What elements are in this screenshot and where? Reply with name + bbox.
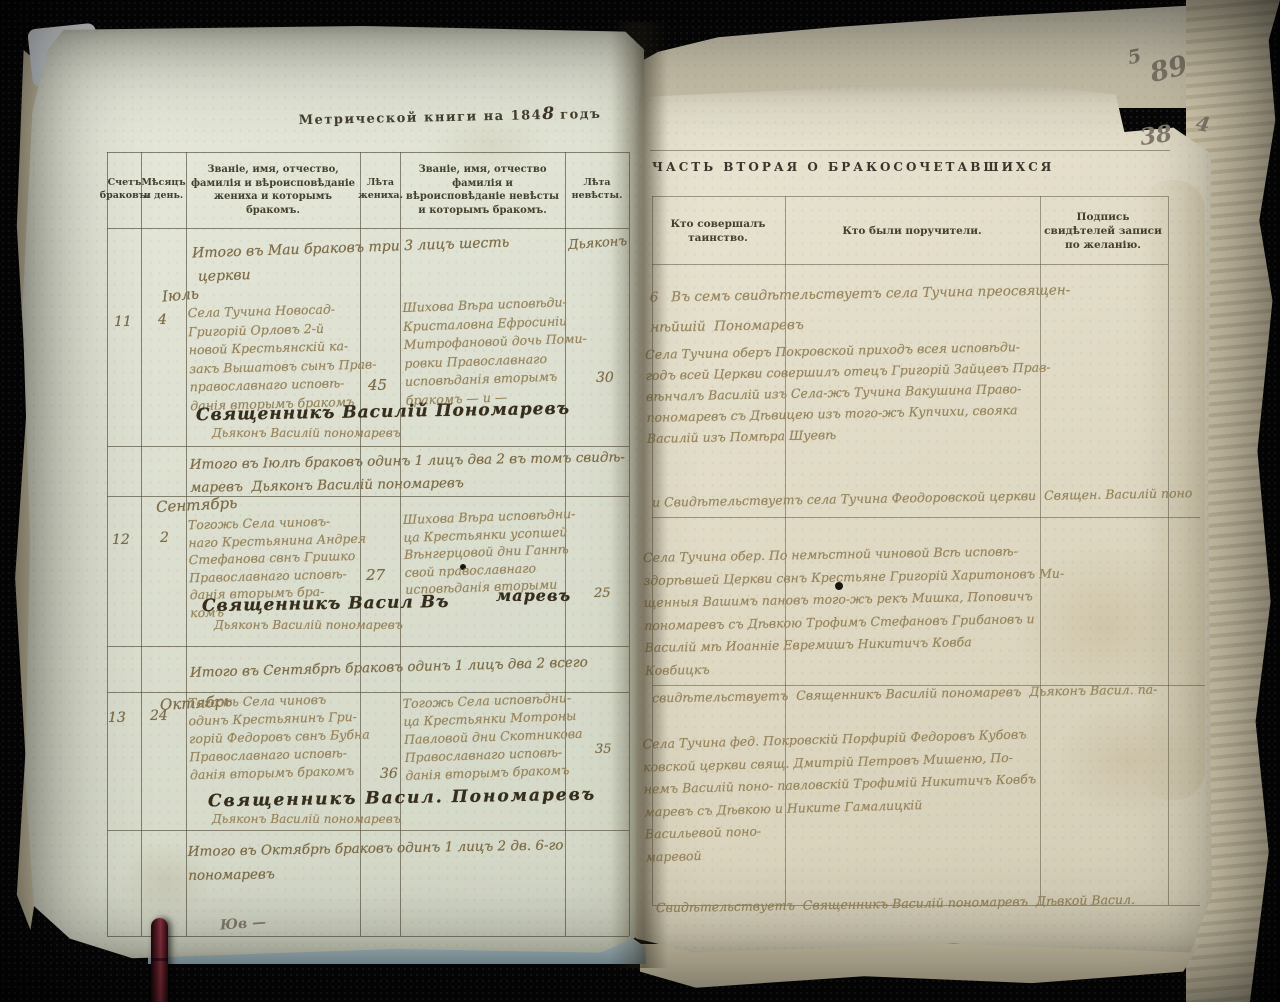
- row11-groom-age: 45: [368, 376, 387, 394]
- record3-officiant-guarantors: Села Тучина фед. Покровскій Порфирій Фед…: [642, 719, 1215, 869]
- pencil-scribble: Юв —: [219, 914, 266, 933]
- row12-deacon-signature: Дьяконъ Василій пономаревъ: [214, 618, 403, 632]
- row13-bride-description: Тогожь Села исповѣдни-ца Крестьянки Мотр…: [402, 689, 575, 785]
- column-header-witness-signature: Подпись свидѣтелей записи по желанію.: [1044, 204, 1162, 258]
- october-total: Итого въ Октябрѣ браковъ одинъ 1 лицъ 2 …: [188, 832, 634, 888]
- table-rule: [650, 150, 1170, 151]
- table-rule: [629, 152, 630, 936]
- column-header-marriage-count: Счетъ браковъ.: [109, 156, 140, 224]
- row11-bride-age: 30: [596, 370, 614, 386]
- july-total: Итого въ Іюлѣ браковъ одинъ 1 лицъ два 2…: [190, 446, 636, 500]
- row11-number: 11: [114, 314, 132, 330]
- may-total-line2: церкви: [198, 267, 251, 285]
- column-header-guarantors: Кто были поручители.: [790, 204, 1034, 258]
- title-suffix: годъ: [554, 107, 602, 123]
- row13-day: 24: [150, 708, 168, 724]
- row12-number: 12: [112, 532, 130, 548]
- attestation-top: 6 Въ семъ свидѣтельствуетъ села Тучина п…: [650, 273, 1181, 342]
- photographed-register-spread: Метрической книги на 1848 годъ Счетъ бра…: [0, 0, 1280, 1002]
- table-rule: [652, 264, 1168, 265]
- handwritten-year-digit: 8: [542, 104, 554, 124]
- column-header-groom-age: Лѣта жениха.: [362, 156, 399, 224]
- column-header-bride-age: Лѣта невѣсты.: [567, 156, 627, 224]
- record2-officiant-guarantors: Села Тучина обер. По немѣстной чиновой В…: [643, 537, 1215, 682]
- row12-bride-age: 25: [594, 586, 611, 601]
- row13-deacon-signature: Дьяконъ Василій пономаревъ: [212, 812, 401, 826]
- part-two-header: ЧАСТЬ ВТОРАЯ О БРАКОСОЧЕТАВШИХСЯ: [652, 160, 1054, 174]
- row13-groom-age: 36: [380, 766, 398, 782]
- row13-bride-age: 35: [595, 742, 612, 757]
- row11-bride-description: Шихова Вѣра исповѣди-Кристаловна Ефросин…: [402, 293, 576, 410]
- record1-officiant-guarantors: Села Тучина оберъ Покровской приходъ все…: [645, 332, 1215, 449]
- column-header-month-day: Мѣсяцъ и день.: [142, 156, 185, 224]
- table-rule: [186, 152, 187, 936]
- column-header-officiant: Кто совершалъ таинство.: [658, 204, 778, 258]
- row12-day: 2: [160, 530, 169, 546]
- table-rule: [107, 936, 629, 937]
- column-header-bride: Званіе, имя, отчество фамилія и вѣроиспо…: [402, 156, 563, 224]
- row11-day: 4: [158, 312, 167, 328]
- pencil-folio-mark: 38: [1138, 120, 1173, 151]
- row12-bride-description: Шихова Вѣра исповѣдни-ца Крестьянки усоп…: [403, 505, 576, 598]
- table-rule: [652, 196, 1168, 197]
- row11-deacon-signature: Дьяконъ Василій пономаревъ: [212, 426, 401, 440]
- table-rule: [652, 517, 1200, 518]
- table-rule: [107, 152, 108, 936]
- row13-number: 13: [108, 710, 126, 726]
- row13-groom-description: Тогожь Села чиновъодинъ Крестьянинъ Гри-…: [188, 690, 364, 785]
- row12-groom-age: 27: [366, 566, 385, 584]
- row11-groom-description: Села Тучина Новосад-Григорій Орловъ 2-йн…: [188, 300, 365, 416]
- month-label-july: Іюль: [161, 284, 199, 305]
- column-header-groom: Званіе, имя, отчество, фамилія и вѣроисп…: [188, 156, 358, 224]
- row12-signature-overrun: маревъ: [496, 586, 571, 605]
- table-rule: [141, 152, 142, 936]
- pen: [151, 918, 168, 1002]
